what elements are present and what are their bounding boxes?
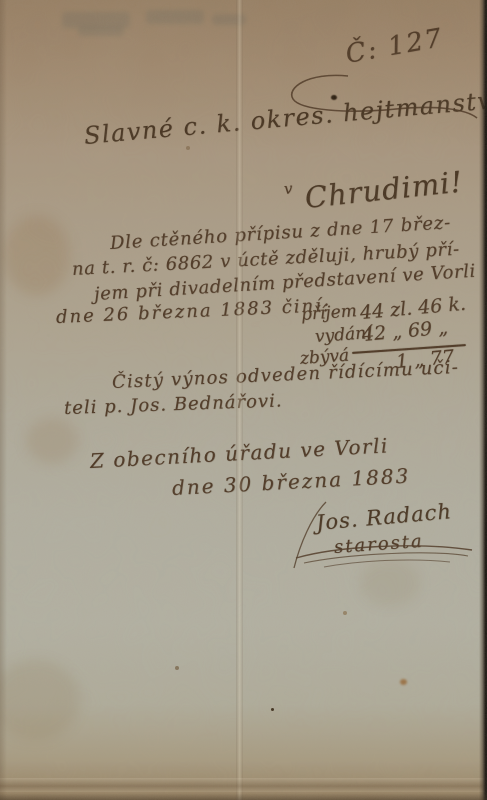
- stain: [4, 215, 70, 295]
- foxing-spot: [400, 679, 407, 685]
- photo-right-edge: [479, 0, 487, 800]
- manuscript-page: Č: 127 Slavné c. k. okres. hejtmanství v…: [0, 0, 487, 800]
- bleedthrough-stamp: [212, 14, 246, 25]
- signature-title: starosta: [333, 531, 424, 558]
- body-line-5: Čistý výnos odveden řídícímu uči-: [112, 357, 460, 393]
- salutation-v: v: [283, 179, 293, 198]
- closing-date-line: dne 30 března 1883: [171, 464, 410, 500]
- foxing-spot: [186, 146, 190, 150]
- signature-name: Jos. Radach: [315, 499, 453, 535]
- foxing-spot: [175, 666, 179, 670]
- paper-crease-bottom: [0, 778, 487, 792]
- bleedthrough-stamp: [146, 10, 204, 24]
- foxing-spot: [343, 611, 347, 615]
- stain: [0, 660, 80, 740]
- photo-bottom-edge: [0, 793, 487, 800]
- reference-number: Č: 127: [343, 23, 445, 70]
- stain: [26, 418, 78, 464]
- body-line-6: teli p. Jos. Bednářovi.: [64, 390, 283, 419]
- bleedthrough-stamp: [78, 26, 124, 36]
- accounts-label-prijem: příjem: [300, 301, 357, 325]
- letter-heading-city: Chrudimi!: [303, 165, 464, 215]
- foxing-spot: [271, 708, 274, 711]
- stain: [360, 560, 420, 606]
- letter-heading-line1: Slavné c. k. okres. hejtmanství: [83, 86, 487, 150]
